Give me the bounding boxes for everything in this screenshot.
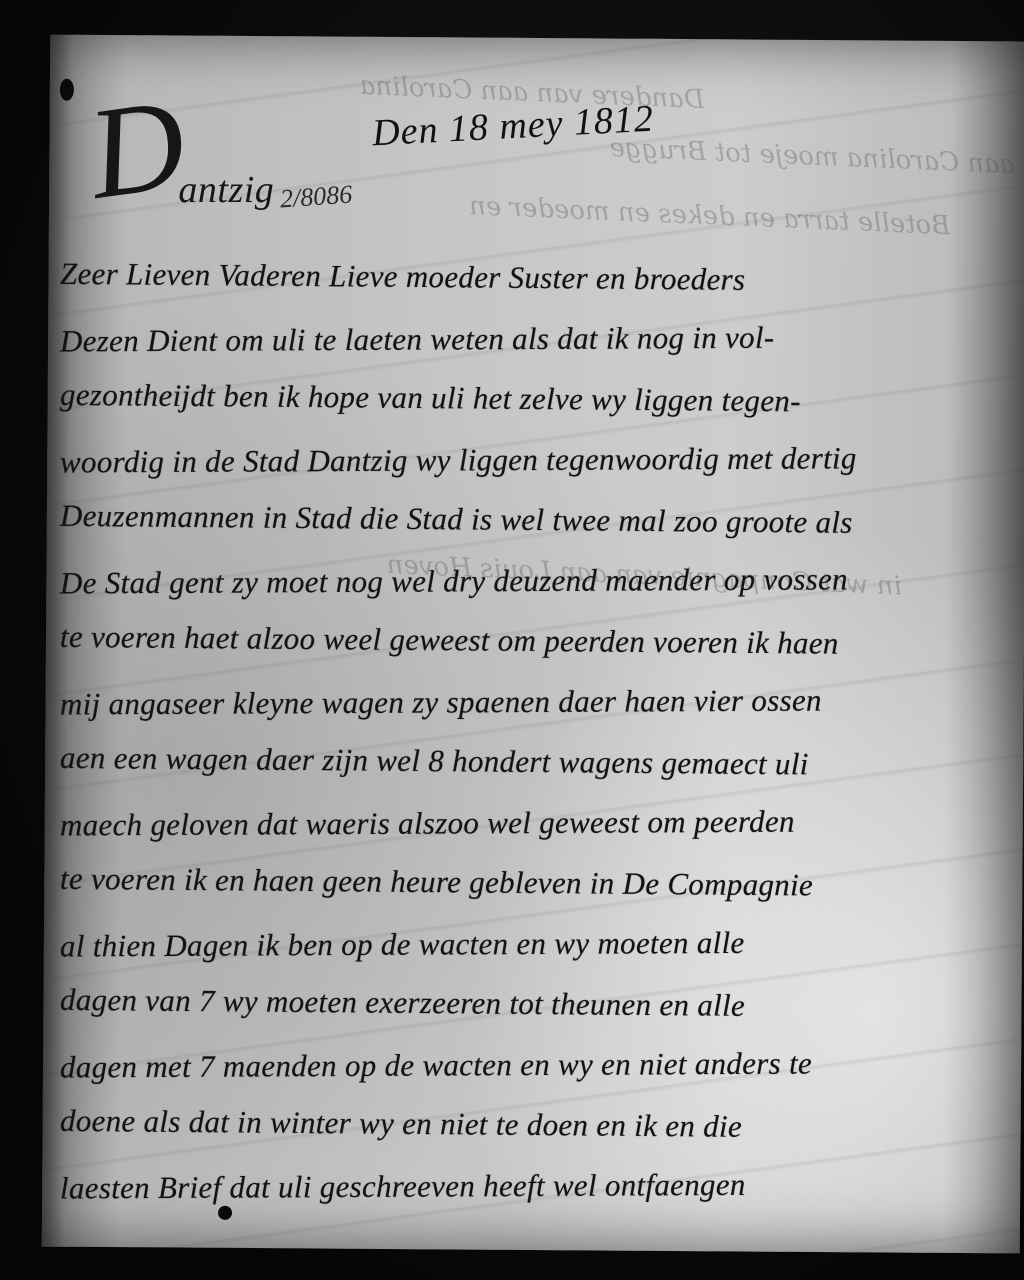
place-initial: D: [81, 78, 193, 220]
place-rest: antzig: [178, 168, 274, 212]
letter-line: laesten Brief dat uli geschreeven heeft …: [60, 1153, 1010, 1218]
letter-line: te voeren haet alzoo weel geweest om pee…: [60, 607, 1010, 676]
letter-line: aen een wagen daer zijn wel 8 hondert wa…: [60, 728, 1010, 797]
letter-line: gezontheijdt ben ik hope van uli het zel…: [60, 365, 1010, 434]
scan-background: Dandere van aan Carolina Brugh en aan Ca…: [0, 0, 1024, 1280]
letter-body: Zeer Lieven Vaderen Lieve moeder Suster …: [60, 248, 1010, 1216]
letter-line: al thien Dagen ik ben op de wacten en wy…: [60, 911, 1010, 976]
letter-line: Deuzenmannen in Stad die Stad is wel twe…: [60, 486, 1010, 555]
letter-line: doene als dat in winter wy en niet te do…: [60, 1091, 1010, 1160]
letter-date: Den 18 mey 1812: [371, 97, 655, 156]
archive-reference: 2/8086: [279, 180, 353, 215]
letter-line: De Stad gent zy moet nog wel dry deuzend…: [60, 548, 1010, 613]
letter-line: te voeren ik en haen geen heure gebleven…: [60, 849, 1010, 918]
letter-line: maech geloven dat waeris alszoo wel gewe…: [60, 790, 1010, 855]
letter-line: woordig in de Stad Dantzig wy liggen teg…: [60, 427, 1010, 492]
letter-line: mij angaseer kleyne wagen zy spaenen dae…: [60, 669, 1010, 734]
place-name: Dantzig: [90, 64, 280, 194]
ink-blot: [60, 79, 74, 101]
letter-line: Zeer Lieven Vaderen Lieve moeder Suster …: [60, 244, 1010, 313]
letter-line: dagen van 7 wy moeten exerzeeren tot the…: [60, 970, 1010, 1039]
letter-heading: Dantzig Den 18 mey 1812 2/8086: [90, 64, 790, 214]
letter-line: dagen met 7 maenden op de wacten en wy e…: [60, 1032, 1010, 1097]
letter-line: Dezen Dient om uli te laeten weten als d…: [60, 306, 1010, 371]
